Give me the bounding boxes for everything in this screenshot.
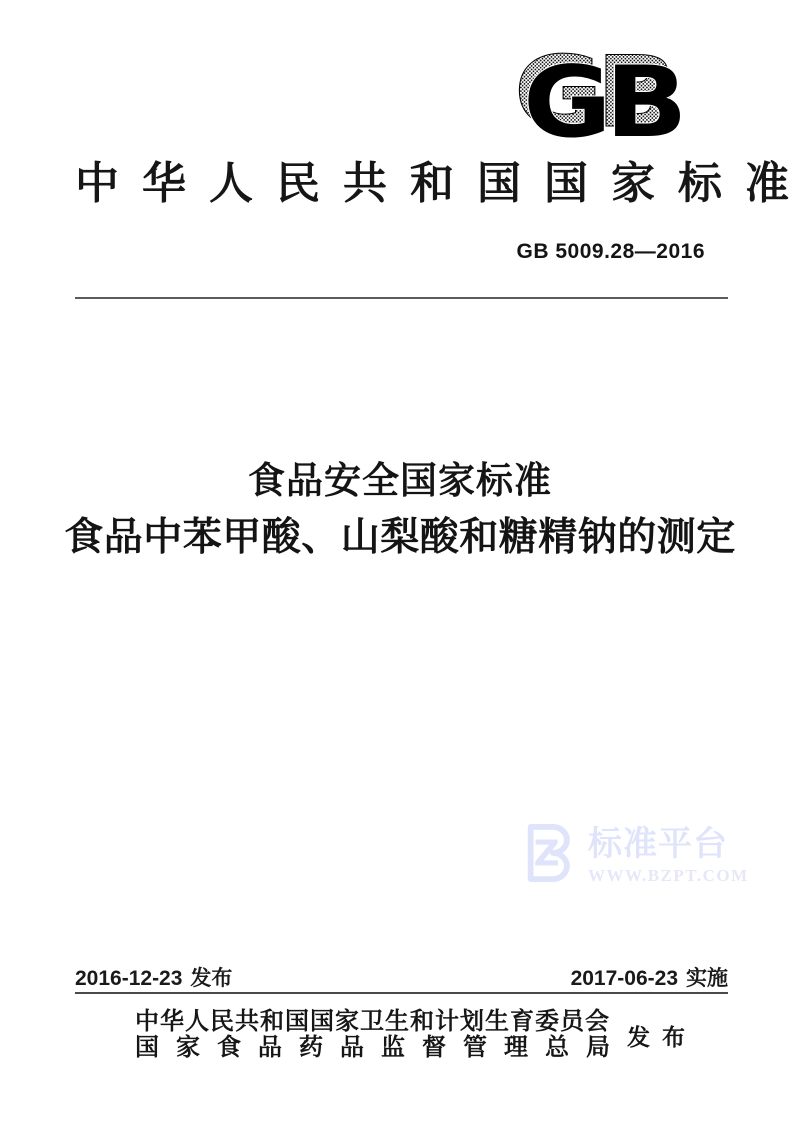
implement-date-value: 2017-06-23	[571, 967, 678, 990]
gb-logo-icon: GB GB	[516, 44, 688, 150]
publisher-line2: 国家食品药品监督管理总局	[135, 1035, 630, 1061]
national-standard-heading: 中华人民共和国国家标准	[75, 160, 727, 208]
issue-date-label: 发布	[190, 967, 232, 990]
standard-number: GB 5009.28—2016	[517, 240, 705, 264]
implement-date-label: 实施	[686, 967, 728, 990]
date-row: 2016-12-23发布 2017-06-23实施	[75, 962, 728, 992]
issue-date: 2016-12-23发布	[75, 962, 232, 992]
watermark: Z 标准平台 WWW.BZPT.COM	[521, 822, 749, 885]
standard-title-line1: 食品安全国家标准	[0, 450, 800, 504]
bzpt-logo-icon: Z	[521, 822, 579, 884]
publisher-block: 中华人民共和国国家卫生和计划生育委员会 国家食品药品监督管理总局 发布	[135, 1009, 685, 1061]
bzpt-logo-letter: Z	[534, 834, 560, 875]
bottom-divider-line	[75, 992, 728, 994]
publisher-line1: 中华人民共和国国家卫生和计划生育委员会	[135, 1009, 613, 1035]
implement-date: 2017-06-23实施	[571, 962, 728, 992]
watermark-site-name: 标准平台	[588, 826, 749, 862]
issue-date-value: 2016-12-23	[75, 967, 182, 990]
watermark-site-url: WWW.BZPT.COM	[588, 867, 749, 885]
watermark-texts: 标准平台 WWW.BZPT.COM	[588, 822, 749, 885]
gb-logo-front-layer: GB	[523, 46, 681, 150]
publisher-names: 中华人民共和国国家卫生和计划生育委员会 国家食品药品监督管理总局	[135, 1009, 613, 1061]
standard-title-line2: 食品中苯甲酸、山梨酸和糖精钠的测定	[0, 506, 800, 562]
top-divider-line	[75, 297, 728, 299]
publish-label: 发布	[627, 1019, 697, 1052]
standard-cover-page: GB GB 中华人民共和国国家标准 GB 5009.28—2016 食品安全国家…	[0, 0, 800, 1131]
